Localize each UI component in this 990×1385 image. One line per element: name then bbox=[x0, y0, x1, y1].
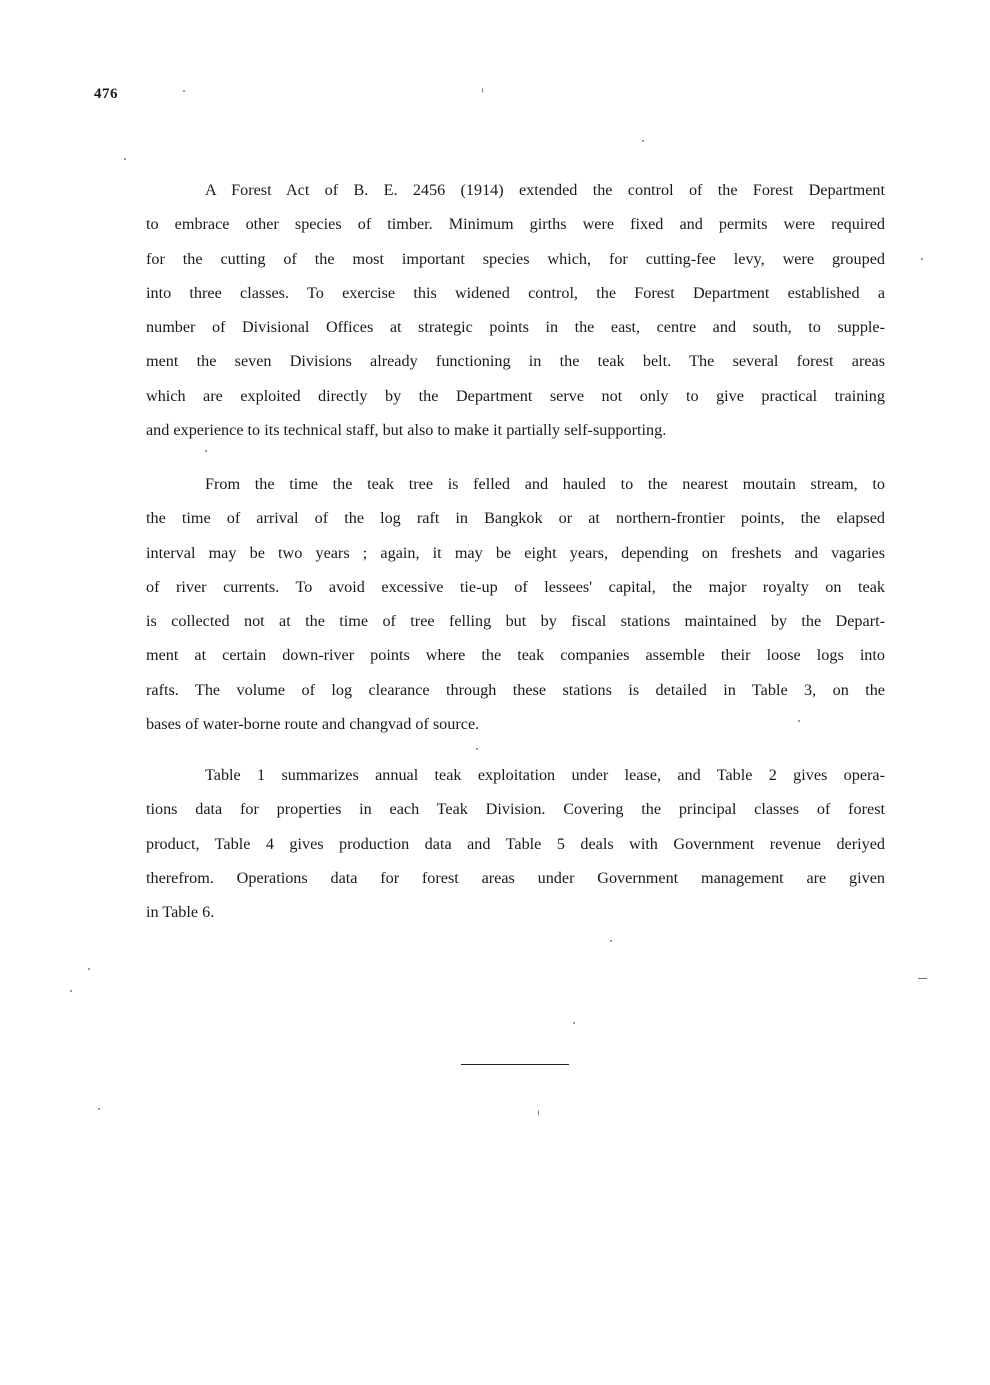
text-line: of river currents. To avoid excessive ti… bbox=[146, 570, 885, 604]
scan-speck bbox=[205, 450, 207, 452]
section-end-rule bbox=[461, 1064, 569, 1065]
scan-speck bbox=[918, 978, 927, 979]
text-line: which are exploited directly by the Depa… bbox=[146, 379, 885, 413]
text-line: Table 1 summarizes annual teak exploitat… bbox=[146, 758, 885, 792]
text-line: is collected not at the time of tree fel… bbox=[146, 604, 885, 638]
text-line: product, Table 4 gives production data a… bbox=[146, 827, 885, 861]
scan-speck bbox=[70, 990, 72, 992]
scan-speck bbox=[921, 258, 923, 260]
scan-speck bbox=[476, 748, 478, 750]
text-line: A Forest Act of B. E. 2456 (1914) extend… bbox=[146, 173, 885, 207]
text-line: the time of arrival of the log raft in B… bbox=[146, 501, 885, 535]
scan-speck bbox=[88, 968, 90, 970]
text-line: in Table 6. bbox=[146, 895, 885, 929]
page-number: 476 bbox=[94, 86, 118, 103]
text-line: ment at certain down-river points where … bbox=[146, 638, 885, 672]
text-line: From the time the teak tree is felled an… bbox=[146, 467, 885, 501]
text-line: rafts. The volume of log clearance throu… bbox=[146, 673, 885, 707]
scan-speck bbox=[183, 90, 185, 92]
paragraph-teak-transport: From the time the teak tree is felled an… bbox=[146, 467, 885, 741]
scan-speck bbox=[482, 88, 483, 93]
text-line: interval may be two years ; again, it ma… bbox=[146, 536, 885, 570]
text-line: number of Divisional Offices at strategi… bbox=[146, 310, 885, 344]
text-line: to embrace other species of timber. Mini… bbox=[146, 207, 885, 241]
text-line: bases of water-borne route and changvad … bbox=[146, 707, 885, 741]
scan-speck bbox=[98, 1108, 100, 1110]
text-line: tions data for properties in each Teak D… bbox=[146, 792, 885, 826]
paragraph-forest-act: A Forest Act of B. E. 2456 (1914) extend… bbox=[146, 173, 885, 447]
scan-speck bbox=[610, 940, 612, 942]
scan-speck bbox=[798, 720, 800, 722]
text-line: and experience to its technical staff, b… bbox=[146, 413, 885, 447]
scan-speck bbox=[538, 1110, 539, 1116]
scan-speck bbox=[573, 1022, 575, 1024]
scan-speck bbox=[124, 158, 126, 160]
text-line: therefrom. Operations data for forest ar… bbox=[146, 861, 885, 895]
paragraph-tables-summary: Table 1 summarizes annual teak exploitat… bbox=[146, 758, 885, 929]
text-line: for the cutting of the most important sp… bbox=[146, 242, 885, 276]
scan-speck bbox=[642, 140, 644, 142]
text-line: into three classes. To exercise this wid… bbox=[146, 276, 885, 310]
text-line: ment the seven Divisions already functio… bbox=[146, 344, 885, 378]
